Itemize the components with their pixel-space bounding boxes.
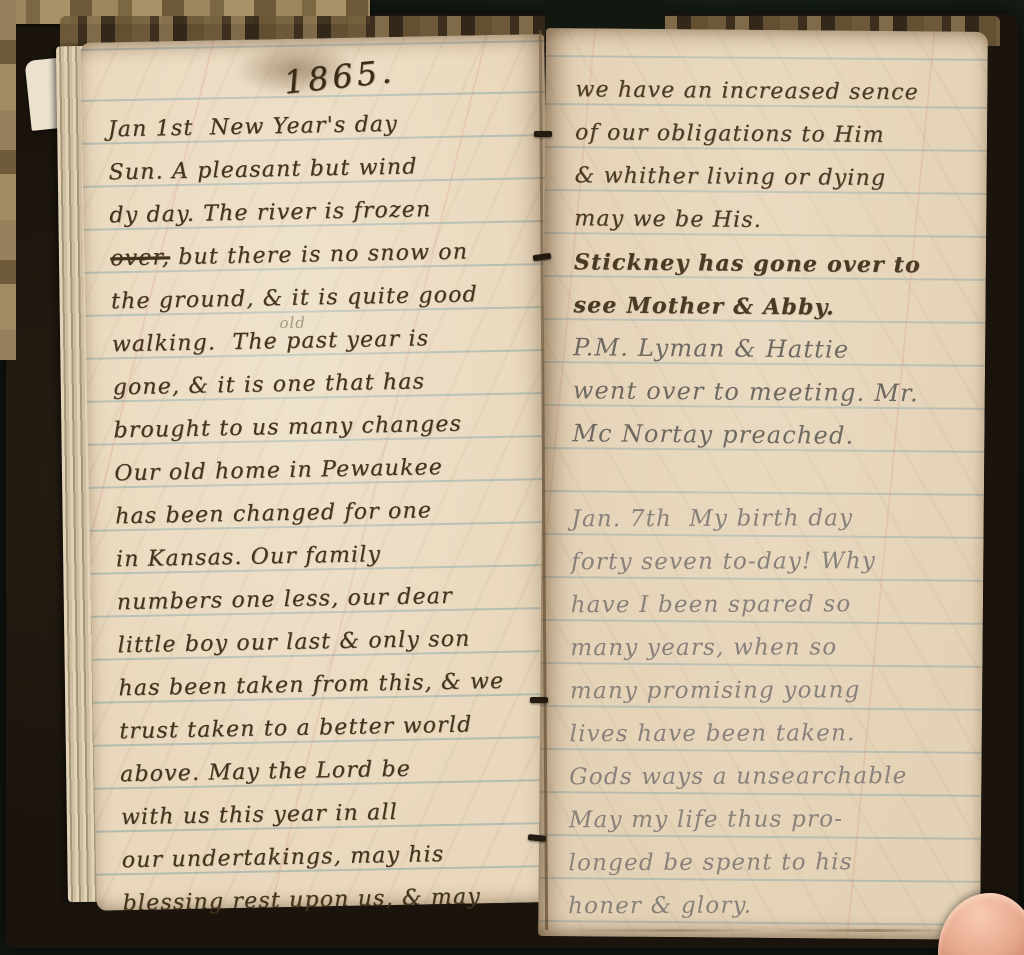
diary-line: many years, when so <box>570 620 982 664</box>
struck-word: over, <box>110 247 170 274</box>
diary-line-with-correction: oldwalking. The past year is <box>111 309 550 360</box>
diary-line: forty seven to-day! Why <box>571 534 983 578</box>
diary-line: lives have been taken. <box>570 706 982 750</box>
diary-line: & whither living or dying <box>575 148 987 195</box>
binding-stitch <box>534 131 552 137</box>
diary-line: longed be spent to his <box>568 835 980 879</box>
diary-line: blessing rest upon us, & may <box>122 868 561 919</box>
diary-line: has been taken from this, & we <box>118 653 557 704</box>
diary-line: we have an increased sence <box>575 62 987 109</box>
year-heading-text: 1865. <box>282 55 397 103</box>
blank-line <box>572 449 984 496</box>
diary-line: see Mother & Abby. <box>573 277 985 324</box>
diary-line: went over to meeting. Mr. <box>573 363 985 410</box>
diary-line: Gods ways a unsearchable <box>569 749 981 793</box>
diary-line: Stickney has gone over to <box>574 234 986 281</box>
binding-stitch <box>530 697 548 703</box>
diary-line: Jan. 7th My birth day <box>571 491 983 535</box>
diary-page-right: we have an increased sence of our obliga… <box>538 28 988 940</box>
year-heading: 1865. <box>106 44 545 102</box>
cover-edge-highlight <box>560 929 950 932</box>
diary-line: Mc Nortay preached. <box>572 406 984 453</box>
diary-line: may we be His. <box>574 191 986 238</box>
diary-line: May my life thus pro- <box>569 792 981 836</box>
diary-line: of our obligations to Him <box>575 105 987 152</box>
diary-line: honer & glory. <box>568 878 980 922</box>
cover-cloth-edge-left <box>0 0 16 360</box>
interline-correction: old <box>279 316 306 336</box>
diary-page-left: 1865. Jan 1st New Year's day Sun. A plea… <box>80 34 561 911</box>
diary-line: many promising young <box>570 663 982 707</box>
diary-line: P.M. Lyman & Hattie <box>573 320 985 367</box>
diary-line: have I been spared so <box>571 577 983 621</box>
diary-photo: 1865. Jan 1st New Year's day Sun. A plea… <box>0 0 1024 955</box>
